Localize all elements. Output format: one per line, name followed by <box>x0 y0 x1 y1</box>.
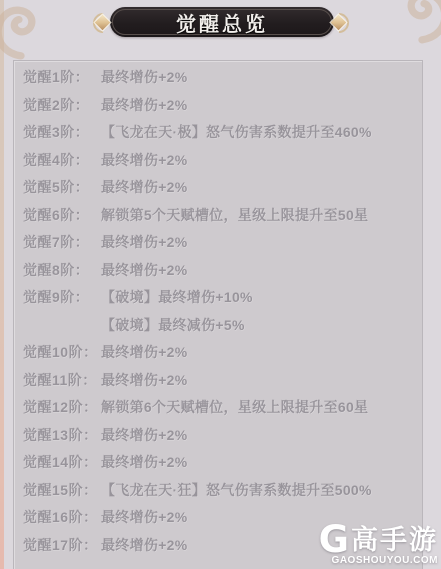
awakening-row-14: 觉醒14阶： 最终增伤+2% <box>23 449 416 477</box>
row-desc: 【破境】最终增伤+10% 【破境】最终减伤+5% <box>101 284 416 339</box>
awakening-row-3: 觉醒3阶： 【飞龙在天·极】怒气伤害系数提升至460% <box>23 119 416 147</box>
awakening-row-9: 觉醒9阶： 【破境】最终增伤+10% 【破境】最终减伤+5% <box>23 284 416 339</box>
row-desc: 最终增伤+2% <box>101 257 416 285</box>
awakening-row-12: 觉醒12阶： 解锁第6个天赋槽位，星级上限提升至60星 <box>23 394 416 422</box>
awakening-row-5: 觉醒5阶： 最终增伤+2% <box>23 174 416 202</box>
awakening-row-6: 觉醒6阶： 解锁第5个天赋槽位，星级上限提升至50星 <box>23 202 416 230</box>
row-label: 觉醒14阶： <box>23 449 101 477</box>
row-desc: 最终增伤+2% <box>101 64 416 92</box>
watermark-name: 高手游 <box>351 526 438 554</box>
awakening-row-15: 觉醒15阶： 【飞龙在天·狂】怒气伤害系数提升至500% <box>23 477 416 505</box>
row-label: 觉醒2阶： <box>23 92 101 120</box>
cloud-ornament-top-left-icon <box>0 2 46 60</box>
row-desc: 最终增伤+2% <box>101 422 416 450</box>
row-label: 觉醒15阶： <box>23 477 101 505</box>
row-label: 觉醒5阶： <box>23 174 101 202</box>
cloud-ornament-top-right-icon <box>397 0 441 44</box>
awakening-row-13: 觉醒13阶： 最终增伤+2% <box>23 422 416 450</box>
row-label: 觉醒8阶： <box>23 257 101 285</box>
row-desc: 解锁第5个天赋槽位，星级上限提升至50星 <box>101 202 416 230</box>
row-label: 觉醒9阶： <box>23 284 101 312</box>
page-title: 觉醒总览 <box>110 7 334 37</box>
gaoshouyou-logo-icon: G <box>319 523 349 557</box>
watermark-top: G 高手游 <box>319 523 438 557</box>
awakening-row-11: 觉醒11阶： 最终增伤+2% <box>23 367 416 395</box>
awakening-list-panel[interactable]: 觉醒1阶： 最终增伤+2% 觉醒2阶： 最终增伤+2% 觉醒3阶： 【飞龙在天·… <box>13 60 423 569</box>
row-label: 觉醒16阶： <box>23 504 101 532</box>
row-desc: 最终增伤+2% <box>101 229 416 257</box>
row-desc-line-1: 【破境】最终增伤+10% <box>101 284 416 312</box>
awakening-row-1: 觉醒1阶： 最终增伤+2% <box>23 64 416 92</box>
row-desc: 最终增伤+2% <box>101 339 416 367</box>
watermark-site: GAOSHOUYOU.COM <box>332 555 438 566</box>
row-desc: 【飞龙在天·极】怒气伤害系数提升至460% <box>101 119 416 147</box>
awakening-row-2: 觉醒2阶： 最终增伤+2% <box>23 92 416 120</box>
row-desc: 最终增伤+2% <box>101 449 416 477</box>
row-label: 觉醒17阶： <box>23 532 101 560</box>
row-label: 觉醒4阶： <box>23 147 101 175</box>
awakening-row-4: 觉醒4阶： 最终增伤+2% <box>23 147 416 175</box>
row-label: 觉醒6阶： <box>23 202 101 230</box>
row-desc-line-2: 【破境】最终减伤+5% <box>101 312 416 340</box>
title-banner: 觉醒总览 <box>110 7 334 37</box>
awakening-row-7: 觉醒7阶： 最终增伤+2% <box>23 229 416 257</box>
row-desc: 最终增伤+2% <box>101 174 416 202</box>
awakening-rows: 觉醒1阶： 最终增伤+2% 觉醒2阶： 最终增伤+2% 觉醒3阶： 【飞龙在天·… <box>14 61 422 559</box>
row-desc: 【飞龙在天·狂】怒气伤害系数提升至500% <box>101 477 416 505</box>
row-desc: 最终增伤+2% <box>101 147 416 175</box>
awakening-row-8: 觉醒8阶： 最终增伤+2% <box>23 257 416 285</box>
row-label: 觉醒1阶： <box>23 64 101 92</box>
left-edge-decoration <box>0 0 4 569</box>
row-desc: 最终增伤+2% <box>101 92 416 120</box>
row-label: 觉醒11阶： <box>23 367 101 395</box>
row-desc: 最终增伤+2% <box>101 367 416 395</box>
row-label: 觉醒13阶： <box>23 422 101 450</box>
row-label: 觉醒10阶： <box>23 339 101 367</box>
awakening-row-10: 觉醒10阶： 最终增伤+2% <box>23 339 416 367</box>
row-label: 觉醒12阶： <box>23 394 101 422</box>
row-desc: 解锁第6个天赋槽位，星级上限提升至60星 <box>101 394 416 422</box>
row-label: 觉醒3阶： <box>23 119 101 147</box>
row-label: 觉醒7阶： <box>23 229 101 257</box>
watermark: G 高手游 GAOSHOUYOU.COM <box>319 523 438 566</box>
